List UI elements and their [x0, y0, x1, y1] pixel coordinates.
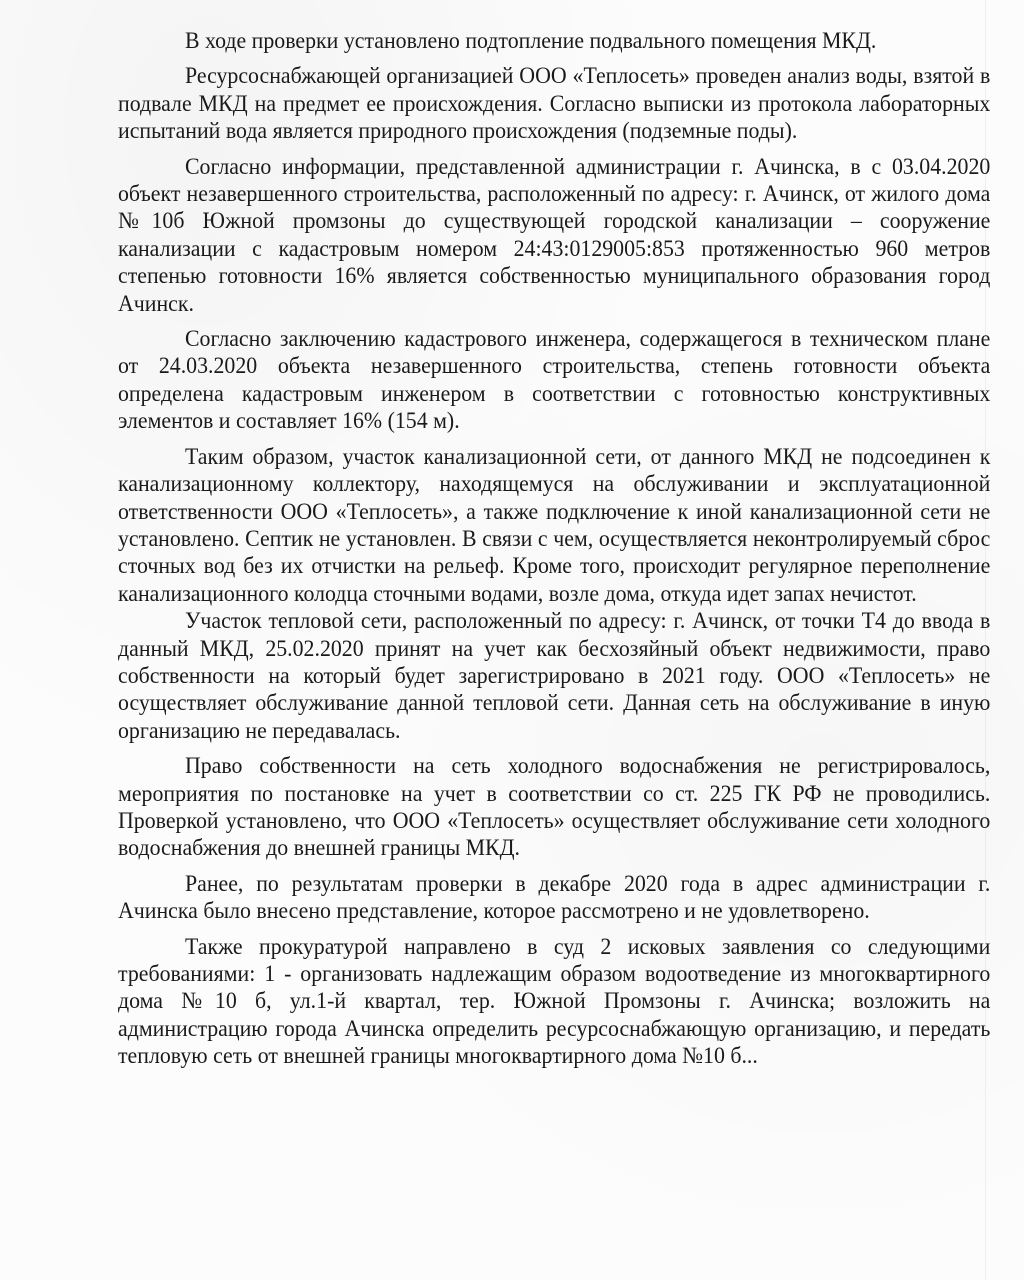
paragraph-heating-network: Участок тепловой сети, расположенный по … — [118, 608, 990, 745]
paragraph-administration-info: Согласно информации, представленной адми… — [118, 154, 990, 318]
paragraph-cold-water-network: Право собственности на сеть холодного во… — [118, 753, 990, 863]
paragraph-sewer-network: Таким образом, участок канализационной с… — [118, 444, 990, 608]
paragraph-water-analysis: Ресурсоснабжающей организацией ООО «Тепл… — [118, 63, 990, 145]
paragraph-lawsuits: Также прокуратурой направлено в суд 2 ис… — [118, 934, 990, 1071]
paragraph-basement-flooding: В ходе проверки установлено подтопление … — [118, 28, 990, 55]
paragraph-previous-inspection: Ранее, по результатам проверки в декабре… — [118, 871, 990, 926]
document-body: В ходе проверки установлено подтопление … — [118, 28, 990, 1071]
paragraph-cadastral-engineer: Согласно заключению кадастрового инженер… — [118, 326, 990, 436]
scanned-document-page: В ходе проверки установлено подтопление … — [0, 0, 1024, 1280]
